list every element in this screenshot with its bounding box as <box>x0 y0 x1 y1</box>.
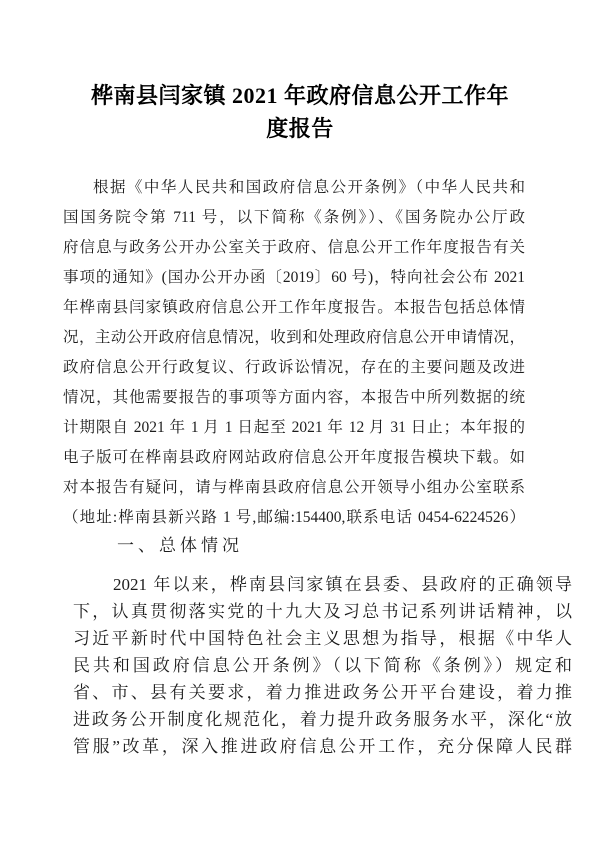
text-line: 对本报告有疑问，请与桦南县政府信息公开领导小组办公室联系 <box>63 473 525 503</box>
document-page: 桦南县闫家镇 2021 年政府信息公开工作年度报告 根据《中华人民共和国政府信息… <box>0 0 600 848</box>
text-line: 进政务公开制度化规范化，着力提升政务服务水平，深化“放 <box>73 706 572 733</box>
text-line: 事项的通知》(国办公开办函〔2019〕60 号)，特向社会公布 2021 <box>63 263 525 293</box>
text-line: 国国务院令第 711 号，以下简称《条例》）、《国务院办公厅政 <box>63 203 525 233</box>
document-title: 桦南县闫家镇 2021 年政府信息公开工作年度报告 <box>0 79 600 145</box>
text-line: 2021 年以来，桦南县闫家镇在县委、县政府的正确领导 <box>73 571 572 598</box>
text-line: （地址:桦南县新兴路 1 号,邮编:154400,联系电话 0454-62245… <box>63 503 525 533</box>
text-line: 况，主动公开政府信息情况，收到和处理政府信息公开申请情况， <box>63 323 525 353</box>
intro-paragraph: 根据《中华人民共和国政府信息公开条例》（中华人民共和国国务院令第 711 号，以… <box>63 173 525 533</box>
text-line: 省、市、县有关要求，着力推进政务公开平台建设，着力推 <box>73 679 572 706</box>
text-line: 电子版可在桦南县政府网站政府信息公开年度报告模块下载。如 <box>63 443 525 473</box>
text-line: 民共和国政府信息公开条例》（以下简称《条例》）规定和 <box>73 652 572 679</box>
text-line: 计期限自 2021 年 1 月 1 日起至 2021 年 12 月 31 日止；… <box>63 413 525 443</box>
text-line: 根据《中华人民共和国政府信息公开条例》（中华人民共和 <box>63 173 525 203</box>
text-line: 下，认真贯彻落实党的十九大及习总书记系列讲话精神，以 <box>73 598 572 625</box>
text-line: 政府信息公开行政复议、行政诉讼情况，存在的主要问题及改进 <box>63 353 525 383</box>
text-line: 府信息与政务公开办公室关于政府、信息公开工作年度报告有关 <box>63 233 525 263</box>
text-line: 桦南县闫家镇 2021 年政府信息公开工作年 <box>0 79 600 112</box>
text-line: 度报告 <box>0 112 600 145</box>
section-heading-overview: 一、总体情况 <box>73 532 572 560</box>
text-line: 情况，其他需要报告的事项等方面内容，本报告中所列数据的统 <box>63 383 525 413</box>
text-line: 年桦南县闫家镇政府信息公开工作年度报告。本报告包括总体情 <box>63 293 525 323</box>
overview-paragraph: 2021 年以来，桦南县闫家镇在县委、县政府的正确领导下，认真贯彻落实党的十九大… <box>73 571 572 760</box>
text-line: 习近平新时代中国特色社会主义思想为指导，根据《中华人 <box>73 625 572 652</box>
text-line: 管服”改革，深入推进政府信息公开工作，充分保障人民群 <box>73 733 572 760</box>
